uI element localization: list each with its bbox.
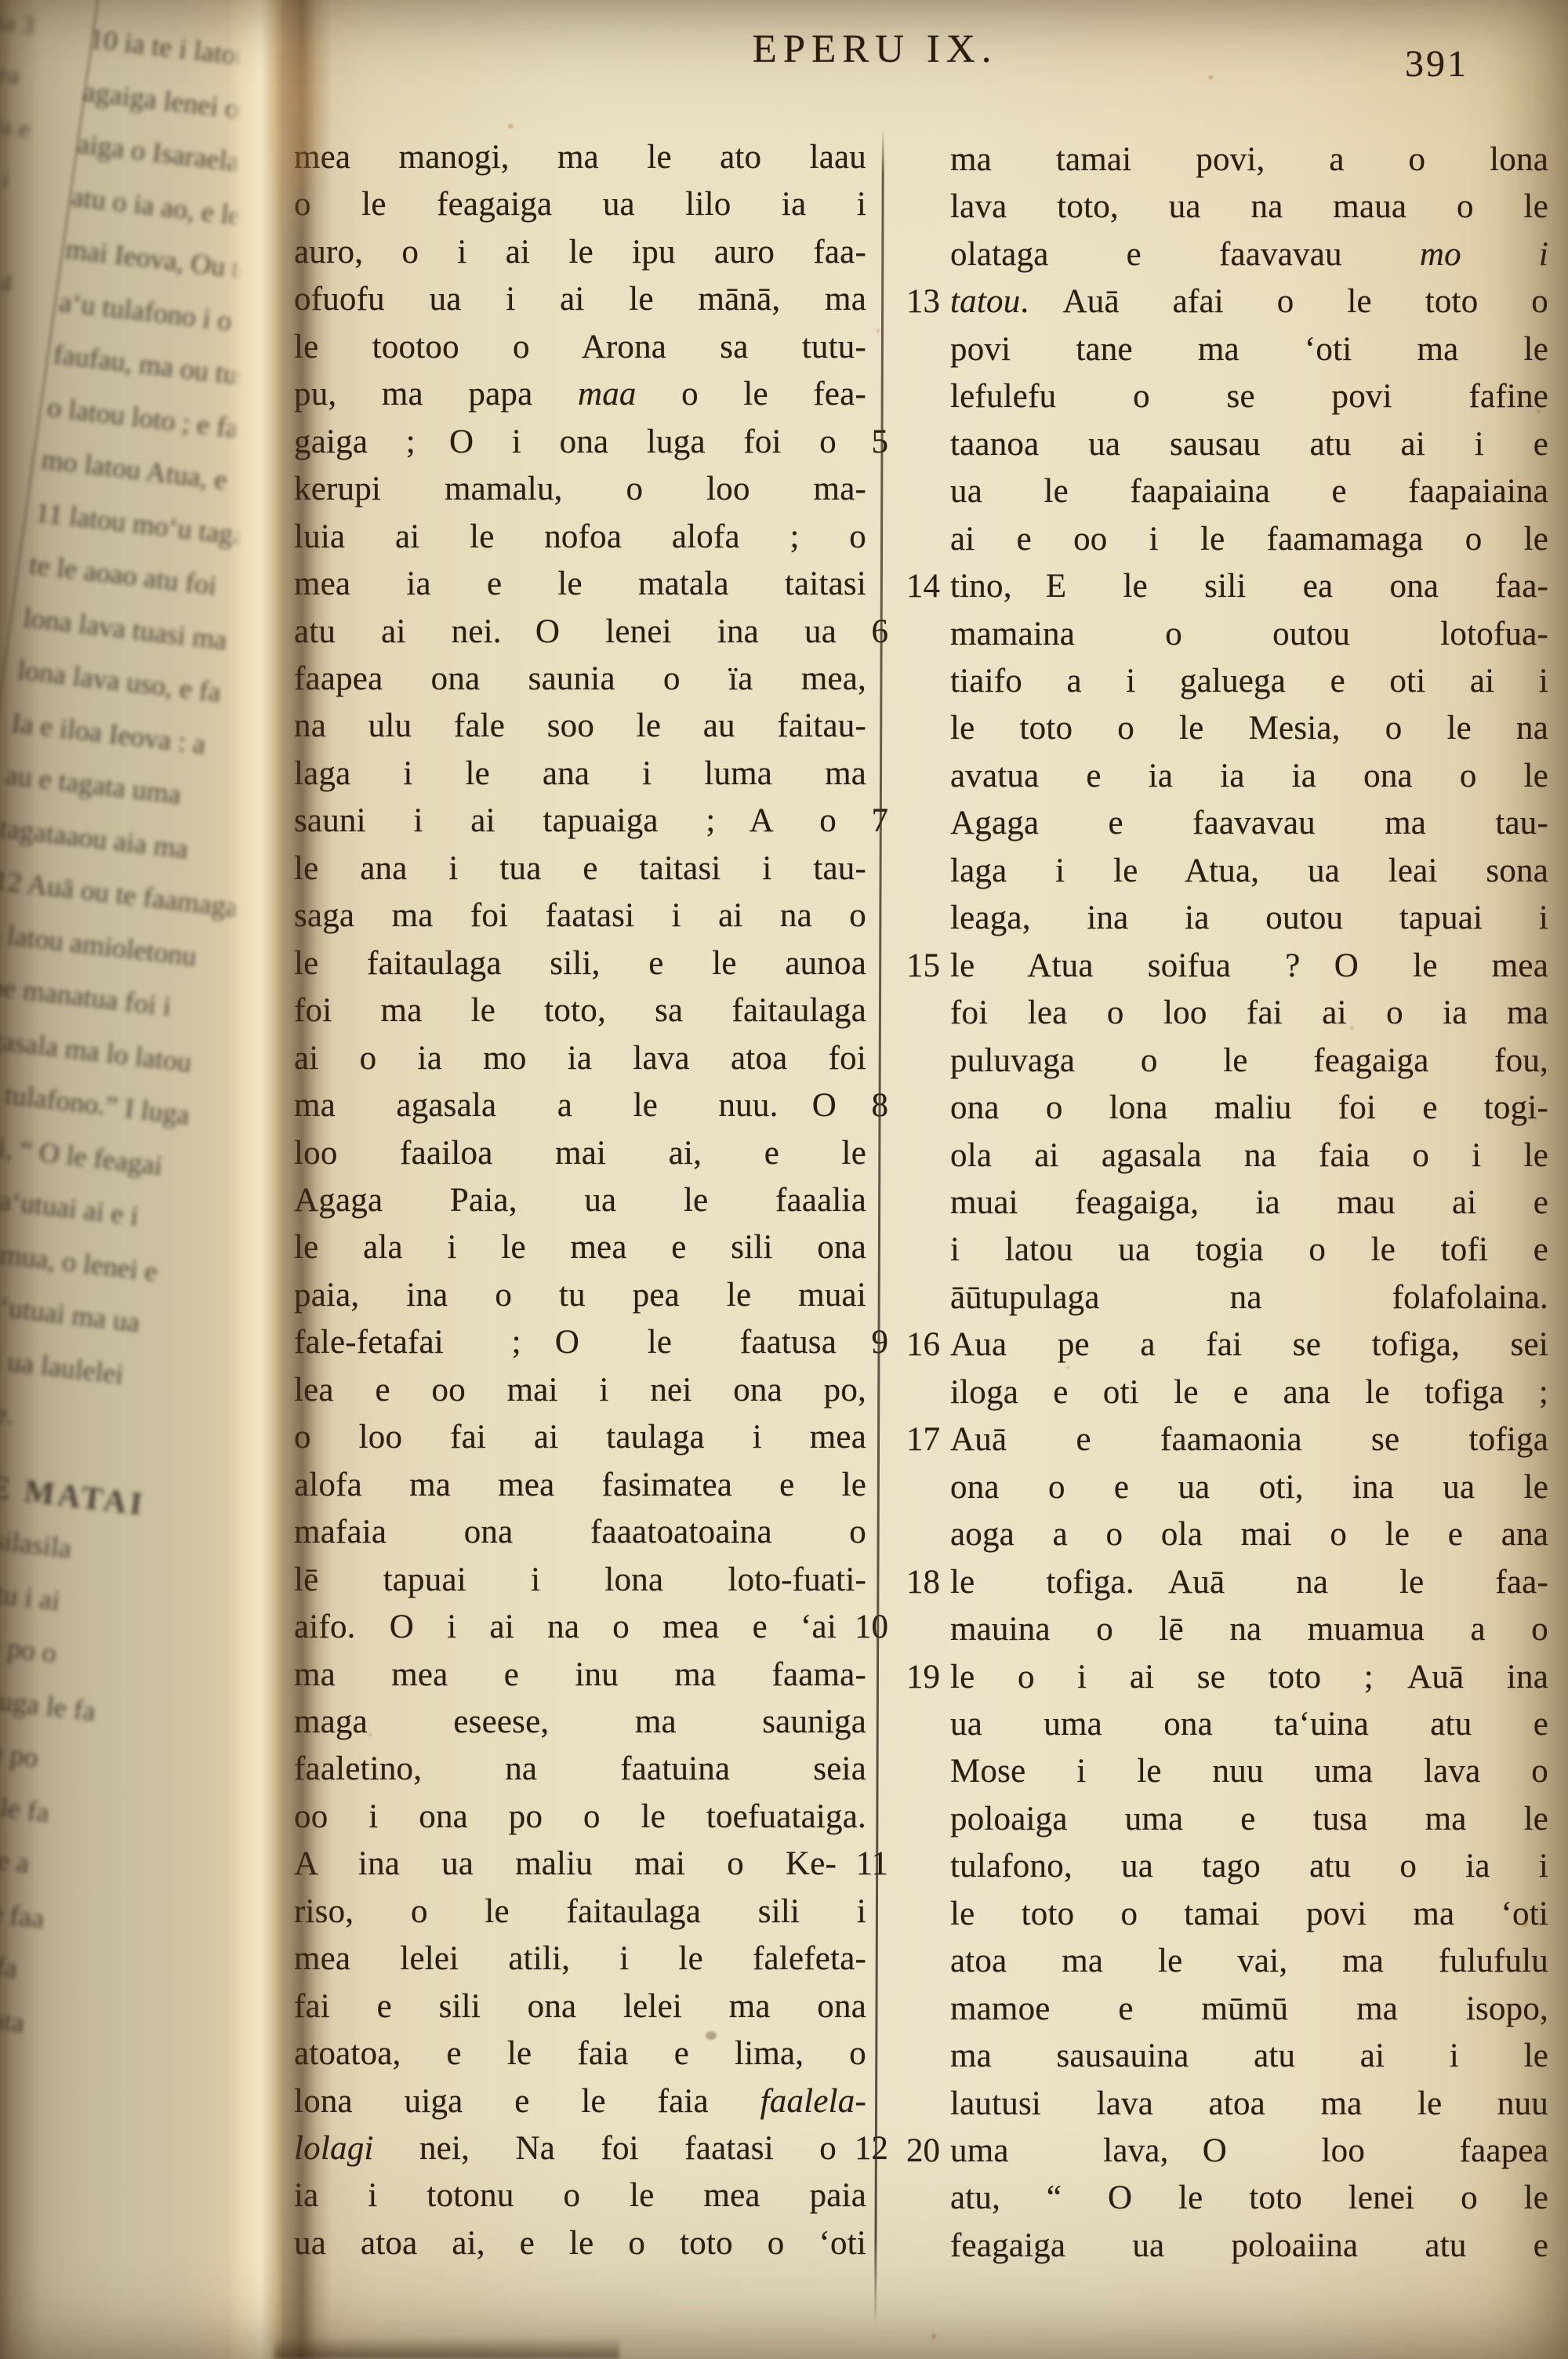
- verse-text-line: 20uma lava, O loo faapea: [950, 2128, 1548, 2175]
- verse-text-line: faaletino, na faatuina seia: [294, 1746, 866, 1793]
- verse-text: atoa ma le vai, ma fulufulu: [950, 1938, 1548, 1985]
- verse-text: foi ma le toto, sa faitaulaga: [294, 987, 866, 1034]
- verse-text: auro, o i ai le ipu auro faa-: [294, 229, 866, 276]
- book-photo: ma 3mealava efāi, io seAui, 4o ia,uluga,…: [0, 0, 1568, 2359]
- verse-text: avatua e ia ia ia ona o le: [950, 753, 1548, 800]
- verse-text-line: ua atoa ai, e le o toto o ‘oti: [294, 2220, 866, 2267]
- verse-text-line: tulafono, ua tago atu o ia i: [950, 1843, 1548, 1890]
- verse-text: feagaiga ua poloaiina atu e: [950, 2223, 1548, 2270]
- verse-text-line: alofa ma mea fasimatea e le: [294, 1462, 866, 1509]
- verse-text-line: 11A ina ua maliu mai o Ke-: [294, 1841, 866, 1888]
- verse-text-line: ai e oo i le faamamaga o le: [950, 516, 1548, 563]
- verse-text-line: Agaga e faavavau ma tau-: [950, 800, 1548, 847]
- verse-text: o loo fai ai taulaga i mea: [294, 1414, 866, 1461]
- verse-text-line: ai o ia mo ia lava atoa foi: [294, 1035, 866, 1082]
- verse-text: le Atua soifua ? O le mea: [950, 943, 1548, 990]
- verse-text: maga eseese, ma sauniga: [294, 1699, 866, 1746]
- verse-text-line: mamoe e mūmū ma isopo,: [950, 1986, 1548, 2033]
- verse-text-line: na ulu fale soo le au faitau-: [294, 703, 866, 750]
- verse-text: le ana i tua e taitasi i tau-: [294, 845, 866, 892]
- verse-text-line: 17Auā e faamaonia se tofiga: [950, 1416, 1548, 1463]
- verse-text: saga ma foi faatasi i ai na o: [294, 892, 866, 940]
- verse-text-line: le ana i tua e taitasi i tau-: [294, 845, 866, 892]
- verse-text: riso, o le faitaulaga sili i: [294, 1888, 866, 1936]
- verse-text: ona o lona maliu foi e togi-: [950, 1085, 1548, 1132]
- verse-text: mafaia ona faaatoatoaina o: [294, 1509, 866, 1556]
- verse-text: Aua pe a fai se tofiga, sei: [950, 1321, 1548, 1369]
- verse-text: tulafono, ua tago atu o ia i: [950, 1843, 1548, 1890]
- verse-text-line: o loo fai ai taulaga i mea: [294, 1414, 866, 1461]
- foxing-spot: [877, 329, 880, 333]
- verse-text: puluvaga o le feagaiga fou,: [950, 1038, 1548, 1085]
- verse-text-line: maga eseese, ma sauniga: [294, 1699, 866, 1746]
- verse-text-line: 10aifo. O i ai na o mea e ‘ai: [294, 1604, 866, 1651]
- verse-text-line: lona uiga e le faia faalela-: [294, 2078, 866, 2125]
- verse-number: 12: [855, 2125, 888, 2172]
- foxing-spot: [508, 124, 514, 129]
- verse-text: faapea ona saunia o ïa mea,: [294, 656, 866, 703]
- verse-text: gaiga ; O i ona luga foi o: [294, 419, 866, 466]
- adjacent-page-gutter: ma 3mealava efāi, io seAui, 4o ia,uluga,…: [0, 0, 292, 2359]
- verse-text: mea lelei atili, i le falefeta-: [294, 1936, 866, 1983]
- verse-text-line: 5gaiga ; O i ona luga foi o: [294, 419, 866, 466]
- verse-text-line: ona o e ua oti, ina ua le: [950, 1464, 1548, 1511]
- verse-text-line: foi lea o loo fai ai o ia ma: [950, 990, 1548, 1037]
- verse-text: mea ia e le matala taitasi: [294, 561, 866, 608]
- foxing-spot: [1537, 409, 1541, 413]
- verse-text-line: i latou ua togia o le tofi e: [950, 1227, 1548, 1274]
- verse-text-line: avatua e ia ia ia ona o le: [950, 753, 1548, 800]
- verse-text: uma lava, O loo faapea: [950, 2128, 1548, 2175]
- verse-text: pu, ma papa maa o le fea-: [294, 371, 866, 418]
- verse-text-line: mea lelei atili, i le falefeta-: [294, 1936, 866, 1983]
- verse-text-line: feagaiga ua poloaiina atu e: [950, 2223, 1548, 2270]
- verse-text-line: mauina o lē na muamua a o: [950, 1606, 1548, 1653]
- verse-text-line: saga ma foi faatasi i ai na o: [294, 892, 866, 940]
- verse-text: ua le faapaiaina e faapaiaina: [950, 468, 1548, 515]
- verse-text-line: le faitaulaga sili, e le aunoa: [294, 940, 866, 987]
- verse-text: alofa ma mea fasimatea e le: [294, 1462, 866, 1509]
- verse-text-line: oo i ona po o le toefuataiga.: [294, 1794, 866, 1841]
- verse-text-line: ua uma ona ta‘uina atu e: [950, 1701, 1548, 1748]
- verse-text-line: pu, ma papa maa o le fea-: [294, 371, 866, 418]
- verse-text-line: lautusi lava atoa ma le nuu: [950, 2081, 1548, 2128]
- verse-text: fale-fetafai ; O le faatusa: [294, 1319, 866, 1366]
- verse-text: ai e oo i le faamamaga o le: [950, 516, 1548, 563]
- verse-text: Agaga Paia, ua le faaalia: [294, 1177, 866, 1224]
- verse-text-line: riso, o le faitaulaga sili i: [294, 1888, 866, 1936]
- verse-text: le tootoo o Arona sa tutu-: [294, 324, 866, 371]
- verse-text-line: ma mea e inu ma faama-: [294, 1652, 866, 1699]
- verse-number: 13: [906, 278, 940, 325]
- verse-text: tino, E le sili ea ona faa-: [950, 563, 1548, 610]
- ink-smudge: [706, 2031, 717, 2040]
- verse-text-line: taanoa ua sausau atu ai i e: [950, 421, 1548, 468]
- verse-text: aifo. O i ai na o mea e ‘ai: [294, 1604, 866, 1651]
- verse-text-line: olataga e faavavau mo i: [950, 231, 1548, 278]
- verse-text-line: leaga, ina ia outou tapuai i: [950, 895, 1548, 942]
- verse-text: faaletino, na faatuina seia: [294, 1746, 866, 1793]
- verse-text: mea manogi, ma le ato laau: [294, 134, 866, 181]
- verse-number: 15: [906, 943, 940, 990]
- verse-text: sauni i ai tapuaiga ; A o: [294, 798, 866, 845]
- verse-text-line: 19le o i ai se toto ; Auā ina: [950, 1654, 1548, 1701]
- verse-text: kerupi mamalu, o loo ma-: [294, 466, 866, 513]
- verse-text: ma mea e inu ma faama-: [294, 1652, 866, 1699]
- verse-text-line: mafaia ona faaatoatoaina o: [294, 1509, 866, 1556]
- verse-text: atu, “ O le toto lenei o le: [950, 2175, 1548, 2222]
- verse-text-line: 6atu ai nei. O lenei ina ua: [294, 609, 866, 656]
- verse-text-line: āūtupulaga na folafolaina.: [950, 1274, 1548, 1321]
- verse-text: ona o e ua oti, ina ua le: [950, 1464, 1548, 1511]
- verse-text-line: atoa ma le vai, ma fulufulu: [950, 1938, 1548, 1985]
- verse-text: povi tane ma ‘oti ma le: [950, 326, 1548, 373]
- verse-text: muai feagaiga, ia mau ai e: [950, 1179, 1548, 1227]
- verse-text-line: iloga e oti le e ana le tofiga ;: [950, 1369, 1548, 1416]
- chapter-heading: EPERU IX.: [753, 27, 998, 72]
- verse-text-line: ma tamai povi, a o lona: [950, 136, 1548, 184]
- verse-text: tatou. Auā afai o le toto o: [950, 278, 1548, 325]
- verse-text: paia, ina o tu pea le muai: [294, 1272, 866, 1319]
- verse-text: ma tamai povi, a o lona: [950, 136, 1548, 184]
- verse-number: 14: [906, 563, 940, 610]
- verse-text-line: ua le faapaiaina e faapaiaina: [950, 468, 1548, 515]
- verse-text: poloaiga uma e tusa ma le: [950, 1796, 1548, 1843]
- verse-text: ma sausauina atu ai i le: [950, 2033, 1548, 2080]
- verse-text: iloga e oti le e ana le tofiga ;: [950, 1369, 1548, 1416]
- verse-text-line: le toto o le Mesia, o le na: [950, 705, 1548, 752]
- verse-text: mamaina o outou lotofua-: [950, 611, 1548, 658]
- verse-text-line: paia, ina o tu pea le muai: [294, 1272, 866, 1319]
- verse-number: 18: [906, 1559, 940, 1606]
- verse-text: lē tapuai i lona loto-fuati-: [294, 1557, 866, 1604]
- verse-text-line: fai e sili ona lelei ma ona: [294, 1983, 866, 2030]
- foxing-spot: [931, 2334, 936, 2339]
- verse-text-line: auro, o i ai le ipu auro faa-: [294, 229, 866, 276]
- verse-text: ai o ia mo ia lava atoa foi: [294, 1035, 866, 1082]
- verse-number: 11: [856, 1841, 888, 1888]
- verse-text: le ala i le mea e sili ona: [294, 1224, 866, 1271]
- verse-number: 5: [872, 419, 889, 466]
- foxing-spot: [1350, 1026, 1354, 1030]
- verse-text: oo i ona po o le toefuataiga.: [294, 1794, 866, 1841]
- verse-text: le tofiga. Auā na le faa-: [950, 1559, 1548, 1606]
- verse-text: foi lea o loo fai ai o ia ma: [950, 990, 1548, 1037]
- verse-text-line: lē tapuai i lona loto-fuati-: [294, 1557, 866, 1604]
- verse-text: le toto o tamai povi ma ‘oti: [950, 1891, 1548, 1938]
- verse-text: ua uma ona ta‘uina atu e: [950, 1701, 1548, 1748]
- verse-text: le o i ai se toto ; Auā ina: [950, 1654, 1548, 1701]
- verse-text-line: Mose i le nuu uma lava o: [950, 1748, 1548, 1795]
- verse-text: lolagi nei, Na foi faatasi o: [294, 2125, 866, 2172]
- verse-text: i latou ua togia o le tofi e: [950, 1227, 1548, 1274]
- verse-text: loo faailoa mai ai, e le: [294, 1130, 866, 1177]
- verse-text-line: foi ma le toto, sa faitaulaga: [294, 987, 866, 1034]
- verse-text-line: le ala i le mea e sili ona: [294, 1224, 866, 1271]
- verse-text: Mose i le nuu uma lava o: [950, 1748, 1548, 1795]
- verse-text-line: 9fale-fetafai ; O le faatusa: [294, 1319, 866, 1366]
- verse-text-line: loo faailoa mai ai, e le: [294, 1130, 866, 1177]
- verse-text-line: 16Aua pe a fai se tofiga, sei: [950, 1321, 1548, 1369]
- verse-text-line: tiaifo a i galuega e oti ai i: [950, 658, 1548, 705]
- verse-text-line: mamaina o outou lotofua-: [950, 611, 1548, 658]
- verse-text-line: lava toto, ua na maua o le: [950, 184, 1548, 231]
- verse-text-line: o le feagaiga ua lilo ia i: [294, 181, 866, 228]
- verse-text: laga i le ana i luma ma: [294, 751, 866, 798]
- gutter-crease-shadow: [260, 0, 332, 2359]
- verse-text-line: 14tino, E le sili ea ona faa-: [950, 563, 1548, 610]
- verse-text: tiaifo a i galuega e oti ai i: [950, 658, 1548, 705]
- verse-text-line: atu, “ O le toto lenei o le: [950, 2175, 1548, 2222]
- verse-text-line: luia ai le nofoa alofa ; o: [294, 514, 866, 561]
- left-text-column: mea manogi, ma le ato laauo le feagaiga …: [294, 134, 866, 2267]
- verse-text: ola ai agasala na faia o i le: [950, 1132, 1548, 1179]
- foxing-spot: [1523, 1921, 1528, 1927]
- verse-text: ma agasala a le nuu. O: [294, 1082, 866, 1129]
- verse-text: o le feagaiga ua lilo ia i: [294, 181, 866, 228]
- verse-text-line: muai feagaiga, ia mau ai e: [950, 1179, 1548, 1227]
- verse-text: ofuofu ua i ai le mānā, ma: [294, 276, 866, 323]
- verse-text-line: ona o lona maliu foi e togi-: [950, 1085, 1548, 1132]
- verse-text: atu ai nei. O lenei ina ua: [294, 609, 866, 656]
- verse-text-line: povi tane ma ‘oti ma le: [950, 326, 1548, 373]
- verse-text-line: le toto o tamai povi ma ‘oti: [950, 1891, 1548, 1938]
- verse-text-line: puluvaga o le feagaiga fou,: [950, 1038, 1548, 1085]
- verse-text: laga i le Atua, ua leai sona: [950, 848, 1548, 895]
- verse-text: atoatoa, e le faia e lima, o: [294, 2030, 866, 2077]
- verse-number: 17: [906, 1416, 940, 1463]
- verse-text-line: laga i le Atua, ua leai sona: [950, 848, 1548, 895]
- verse-text-line: 15le Atua soifua ? O le mea: [950, 943, 1548, 990]
- right-text-column: ma tamai povi, a o lonalava toto, ua na …: [950, 136, 1548, 2270]
- verse-text: ua atoa ai, e le o toto o ‘oti: [294, 2220, 866, 2267]
- verse-text: luia ai le nofoa alofa ; o: [294, 514, 866, 561]
- verse-text-line: ia i totonu o le mea paia: [294, 2172, 866, 2219]
- verse-text-line: ofuofu ua i ai le mānā, ma: [294, 276, 866, 323]
- verse-text: lava toto, ua na maua o le: [950, 184, 1548, 231]
- verse-text-line: Agaga Paia, ua le faaalia: [294, 1177, 866, 1224]
- foxing-spot: [368, 1733, 372, 1736]
- verse-text: mauina o lē na muamua a o: [950, 1606, 1548, 1653]
- verse-text-line: kerupi mamalu, o loo ma-: [294, 466, 866, 513]
- page-number: 391: [1405, 42, 1468, 85]
- verse-text-line: ola ai agasala na faia o i le: [950, 1132, 1548, 1179]
- verse-text-line: ma sausauina atu ai i le: [950, 2033, 1548, 2080]
- verse-text: Agaga e faavavau ma tau-: [950, 800, 1548, 847]
- verse-text-line: poloaiga uma e tusa ma le: [950, 1796, 1548, 1843]
- verse-text: taanoa ua sausau atu ai i e: [950, 421, 1548, 468]
- verse-text: na ulu fale soo le au faitau-: [294, 703, 866, 750]
- verse-text: A ina ua maliu mai o Ke-: [294, 1841, 866, 1888]
- bible-page: EPERU IX. 391 mea manogi, ma le ato laau…: [282, 0, 1568, 2359]
- verse-number: 19: [906, 1654, 940, 1701]
- verse-text: lautusi lava atoa ma le nuu: [950, 2081, 1548, 2128]
- verse-text: leaga, ina ia outou tapuai i: [950, 895, 1548, 942]
- verse-text-line: le tootoo o Arona sa tutu-: [294, 324, 866, 371]
- verse-number: 20: [906, 2128, 940, 2175]
- verse-text-line: 13tatou. Auā afai o le toto o: [950, 278, 1548, 325]
- verse-text-line: atoatoa, e le faia e lima, o: [294, 2030, 866, 2077]
- page-bottom-shadow: [274, 2337, 619, 2359]
- verse-text: aoga a o ola mai o le e ana: [950, 1511, 1548, 1558]
- verse-text: ia i totonu o le mea paia: [294, 2172, 866, 2219]
- foxing-spot: [1066, 1366, 1069, 1369]
- verse-text-line: lefulefu o se povi fafine: [950, 373, 1548, 420]
- verse-number: 10: [855, 1604, 888, 1651]
- verse-text-line: 18le tofiga. Auā na le faa-: [950, 1559, 1548, 1606]
- foxing-spot: [1209, 75, 1213, 79]
- verse-text-line: aoga a o ola mai o le e ana: [950, 1511, 1548, 1558]
- verse-text-line: 7sauni i ai tapuaiga ; A o: [294, 798, 866, 845]
- verse-text: āūtupulaga na folafolaina.: [950, 1274, 1548, 1321]
- verse-text-line: mea manogi, ma le ato laau: [294, 134, 866, 181]
- verse-text-line: laga i le ana i luma ma: [294, 751, 866, 798]
- verse-text: le toto o le Mesia, o le na: [950, 705, 1548, 752]
- verse-text: lea e oo mai i nei ona po,: [294, 1367, 866, 1414]
- verse-text-line: faapea ona saunia o ïa mea,: [294, 656, 866, 703]
- verse-text: Auā e faamaonia se tofiga: [950, 1416, 1548, 1463]
- verse-text-line: lea e oo mai i nei ona po,: [294, 1367, 866, 1414]
- verse-text: lefulefu o se povi fafine: [950, 373, 1548, 420]
- verse-number: 16: [906, 1321, 940, 1369]
- verse-text-line: 12lolagi nei, Na foi faatasi o: [294, 2125, 866, 2172]
- verse-text: fai e sili ona lelei ma ona: [294, 1983, 866, 2030]
- verse-text: mamoe e mūmū ma isopo,: [950, 1986, 1548, 2033]
- verse-text-line: 8ma agasala a le nuu. O: [294, 1082, 866, 1129]
- verse-text: le faitaulaga sili, e le aunoa: [294, 940, 866, 987]
- verse-text: olataga e faavavau mo i: [950, 231, 1548, 278]
- verse-text: lona uiga e le faia faalela-: [294, 2078, 866, 2125]
- verse-text-line: mea ia e le matala taitasi: [294, 561, 866, 608]
